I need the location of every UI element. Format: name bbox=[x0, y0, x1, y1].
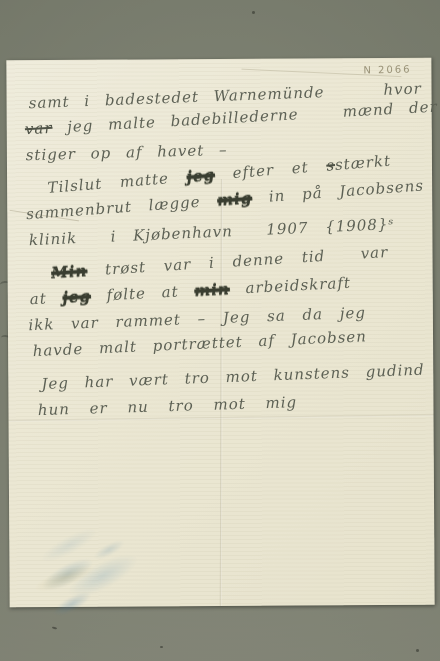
crossed-out-word: var bbox=[24, 119, 53, 138]
dust-speck bbox=[252, 11, 255, 14]
handwritten-text-block: samt i badestedet Warnemünde hvorvar jeg… bbox=[25, 84, 422, 423]
handwriting-text: hun er nu tro mot mig bbox=[38, 393, 298, 419]
gray-mount-background: N 2066 samt i badestedet Warnemünde hvor… bbox=[0, 0, 440, 661]
crossed-out-word: Min bbox=[51, 262, 88, 282]
crossed-out-word: jeg bbox=[62, 287, 91, 306]
handwriting-text: følte at bbox=[90, 282, 194, 305]
dust-speck bbox=[416, 649, 419, 652]
crossed-out-word: mig bbox=[217, 189, 253, 209]
crossed-out-word: min bbox=[194, 280, 230, 300]
handwriting-text: at bbox=[29, 289, 63, 309]
manuscript-page: N 2066 samt i badestedet Warnemünde hvor… bbox=[6, 58, 434, 608]
archival-number: N 2066 bbox=[363, 64, 411, 76]
photographed-manuscript: { "photo": { "mount_color": "#7b7f70", "… bbox=[0, 0, 440, 661]
handwriting-text: stærkt bbox=[334, 152, 391, 174]
handwriting-text: stiger op af havet – bbox=[25, 141, 227, 164]
dust-speck bbox=[160, 646, 163, 648]
crossed-out-word: jeg bbox=[186, 166, 216, 186]
handwriting-text: efter et bbox=[214, 157, 327, 184]
handwriting-text: arbeidskraft bbox=[229, 274, 351, 298]
